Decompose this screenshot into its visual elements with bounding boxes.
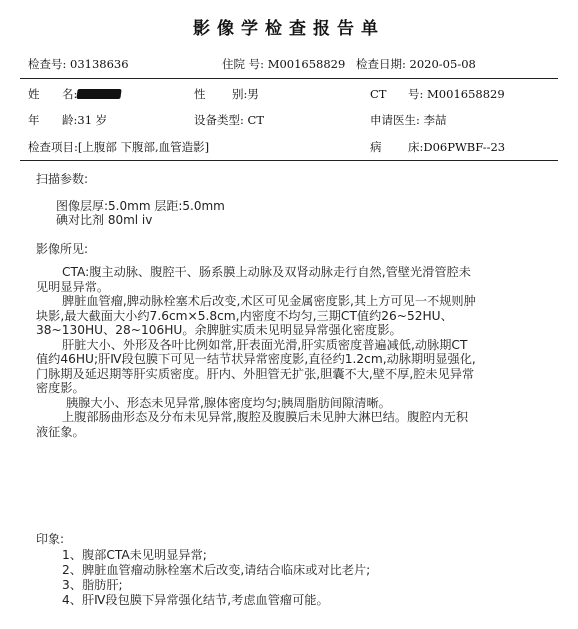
findings-heading: 影像所见: (36, 240, 88, 257)
sex-label-1: 性 (194, 86, 232, 102)
exam-date: 检查日期: 2020-05-08 (356, 56, 476, 72)
exam-date-value: 2020-05-08 (410, 57, 476, 71)
device-type: 设备类型: CT (194, 112, 264, 128)
name-label-2: 名: (62, 87, 77, 101)
sex-value: 男 (247, 87, 259, 101)
scan-params-heading: 扫描参数: (36, 170, 88, 187)
device-label: 设备类型: (194, 113, 244, 127)
finding-paragraph-liver: 肝脏大小、外形及各叶比例如常,肝表面光滑,肝实质密度普遍减低,动脉期CT值约46… (36, 338, 476, 396)
exam-number: 检查号: 03138636 (28, 56, 129, 72)
age-label-1: 年 (28, 112, 62, 128)
ct-number: CT号: M001658829 (370, 86, 505, 102)
header-divider-bottom (20, 160, 558, 161)
bed-label-1: 病 (370, 139, 408, 155)
ct-label-2: 号: (408, 87, 423, 101)
scan-params-line-2: 碘对比剂 80ml iv (56, 211, 152, 228)
finding-paragraph-spleen: 脾脏血管瘤,脾动脉栓塞术后改变,术区可见金属密度影,其上方可见一不规则肿块影,最… (36, 294, 476, 338)
redacted-name (77, 89, 122, 99)
header-divider-top (20, 78, 558, 79)
exam-date-label: 检查日期: (356, 57, 406, 71)
device-value: CT (248, 113, 264, 127)
patient-sex: 性别:男 (194, 86, 259, 102)
age-value: 31 岁 (77, 113, 107, 127)
finding-paragraph-pancreas: 胰腺大小、形态未见异常,腺体密度均匀;胰周脂肪间隙清晰。 (36, 396, 476, 411)
bed-value: D06PWBF--23 (423, 140, 505, 154)
report-title: 影像学检查报告单 (0, 14, 578, 39)
exam-number-label: 检查号: (28, 57, 66, 71)
admission-number-label: 住院 号: (222, 57, 264, 71)
exam-item-label: 检查项目: (28, 140, 78, 154)
exam-item: 检查项目:[上腹部 下腹部,血管造影] (28, 139, 209, 155)
ct-value: M001658829 (427, 87, 505, 101)
exam-number-value: 03138636 (70, 57, 129, 71)
patient-name: 姓名: (28, 86, 121, 102)
admission-number: 住院 号: M001658829 (222, 56, 345, 72)
bed-label-2: 床: (408, 140, 423, 154)
requesting-doctor: 申请医生: 李喆 (370, 112, 447, 128)
finding-paragraph-cta: CTA:腹主动脉、腹腔干、肠系膜上动脉及双肾动脉走行自然,管壁光滑管腔未见明显异… (36, 265, 476, 294)
exam-item-value: [上腹部 下腹部,血管造影] (78, 140, 209, 154)
name-label-1: 姓 (28, 86, 62, 102)
ct-label-1: CT (370, 87, 408, 101)
doctor-label: 申请医生: (370, 113, 420, 127)
age-label-2: 龄: (62, 113, 77, 127)
finding-paragraph-abdomen: 上腹部肠曲形态及分布未见异常,腹腔及腹膜后未见肿大淋巴结。腹腔内无积液征象。 (36, 410, 476, 439)
impression-item-4: 4、肝Ⅳ段包膜下异常强化结节,考虑血管瘤可能。 (62, 591, 329, 608)
patient-age: 年龄:31 岁 (28, 112, 107, 128)
sex-label-2: 别: (232, 87, 247, 101)
bed-number: 病床:D06PWBF--23 (370, 139, 505, 155)
findings-body: CTA:腹主动脉、腹腔干、肠系膜上动脉及双肾动脉走行自然,管壁光滑管腔未见明显异… (36, 265, 476, 439)
impression-heading: 印象: (36, 530, 64, 547)
admission-number-value: M001658829 (268, 57, 346, 71)
doctor-value: 李喆 (424, 113, 447, 127)
